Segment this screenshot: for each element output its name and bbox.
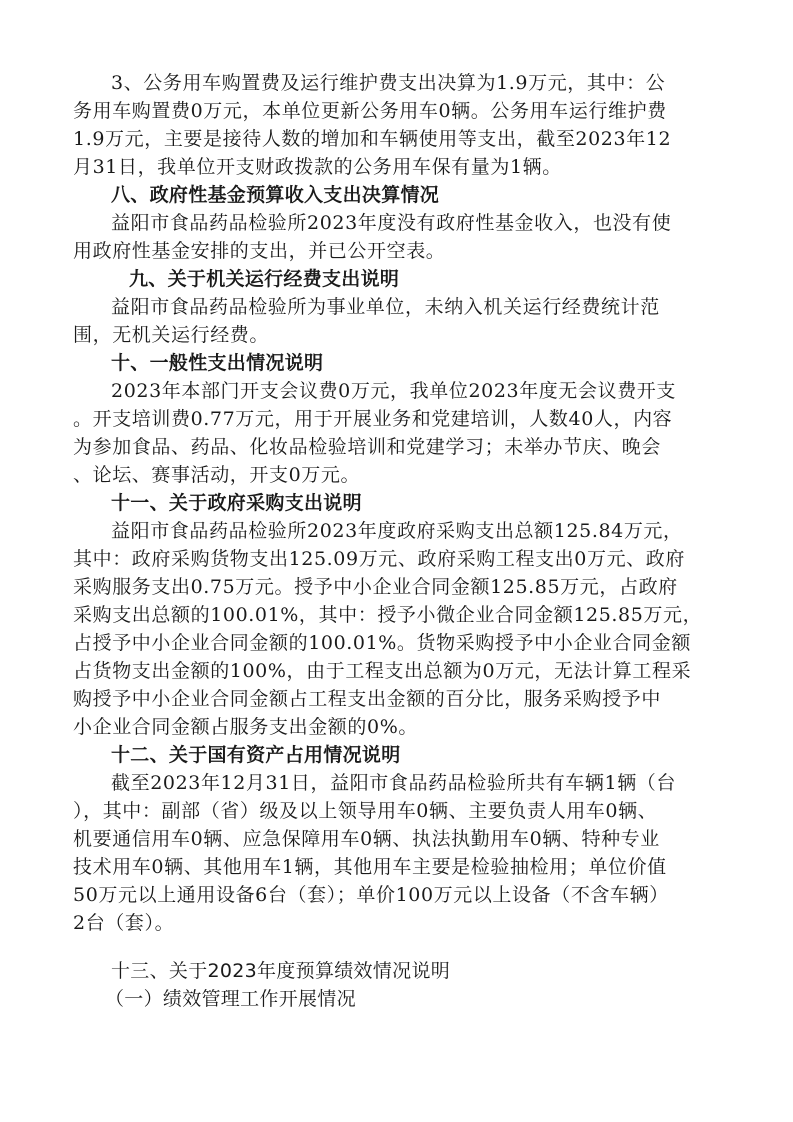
paragraph-line: 1.9万元，主要是接待人数的增加和车辆使用等支出，截至2023年12 bbox=[73, 125, 713, 153]
section-heading-10: 十、一般性支出情况说明 bbox=[111, 349, 751, 377]
paragraph-line: 、论坛、赛事活动，开支0万元。 bbox=[73, 461, 713, 489]
paragraph-line: 小企业合同金额占服务支出金额的0%。 bbox=[73, 713, 713, 741]
paragraph-line: 3、公务用车购置费及运行维护费支出决算为1.9万元，其中：公 bbox=[111, 69, 713, 97]
paragraph-line: 2台（套）。 bbox=[73, 909, 713, 937]
paragraph-line: 50万元以上通用设备6台（套）；单价100万元以上设备（不含车辆） bbox=[73, 881, 713, 909]
paragraph-line: 月31日，我单位开支财政拨款的公务用车保有量为1辆。 bbox=[73, 153, 713, 181]
paragraph-line: 益阳市食品药品检验所2023年度政府采购支出总额125.84万元， bbox=[111, 517, 713, 545]
paragraph-line: 采购服务支出0.75万元。授予中小企业合同金额125.85万元，占政府 bbox=[73, 573, 713, 601]
document-page: 3、公务用车购置费及运行维护费支出决算为1.9万元，其中：公 务用车购置费0万元… bbox=[0, 0, 793, 1122]
paragraph-line: ），其中：副部（省）级及以上领导用车0辆、主要负责人用车0辆、 bbox=[73, 797, 713, 825]
paragraph-line: 机要通信用车0辆、应急保障用车0辆、执法执勤用车0辆、特种专业 bbox=[73, 825, 713, 853]
paragraph-line: 占货物支出金额的100%，由于工程支出总额为0万元，无法计算工程采 bbox=[73, 657, 713, 685]
paragraph-line: 其中：政府采购货物支出125.09万元、政府采购工程支出0万元、政府 bbox=[73, 545, 713, 573]
section-heading-8: 八、政府性基金预算收入支出决算情况 bbox=[111, 181, 751, 209]
paragraph-line: 为参加食品、药品、化妆品检验培训和党建学习；未举办节庆、晚会 bbox=[73, 433, 713, 461]
paragraph-line: 占授予中小企业合同金额的100.01%。货物采购授予中小企业合同金额 bbox=[73, 629, 713, 657]
subsection-heading-13-1: （一）绩效管理工作开展情况 bbox=[105, 985, 745, 1013]
section-heading-11: 十一、关于政府采购支出说明 bbox=[111, 489, 751, 517]
paragraph-line: 购授予中小企业合同金额占工程支出金额的百分比，服务采购授予中 bbox=[73, 685, 713, 713]
paragraph-line: 围，无机关运行经费。 bbox=[73, 321, 713, 349]
section-heading-12: 十二、关于国有资产占用情况说明 bbox=[111, 741, 751, 769]
paragraph-line: 截至2023年12月31日，益阳市食品药品检验所共有车辆1辆（台 bbox=[111, 769, 713, 797]
paragraph-line: 采购支出总额的100.01%，其中：授予小微企业合同金额125.85万元， bbox=[73, 601, 713, 629]
paragraph-line: 用政府性基金安排的支出，并已公开空表。 bbox=[73, 237, 713, 265]
paragraph-line: 益阳市食品药品检验所为事业单位，未纳入机关运行经费统计范 bbox=[111, 293, 713, 321]
paragraph-line: 2023年本部门开支会议费0万元，我单位2023年度无会议费开支 bbox=[111, 377, 713, 405]
section-heading-13: 十三、关于2023年度预算绩效情况说明 bbox=[111, 957, 751, 985]
section-heading-9: 九、关于机关运行经费支出说明 bbox=[129, 265, 769, 293]
paragraph-line: 技术用车0辆、其他用车1辆，其他用车主要是检验抽检用；单位价值 bbox=[73, 853, 713, 881]
paragraph-line: 益阳市食品药品检验所2023年度没有政府性基金收入，也没有使 bbox=[111, 209, 713, 237]
paragraph-line: 。开支培训费0.77万元，用于开展业务和党建培训，人数40人，内容 bbox=[73, 405, 713, 433]
paragraph-line: 务用车购置费0万元，本单位更新公务用车0辆。公务用车运行维护费 bbox=[73, 97, 713, 125]
